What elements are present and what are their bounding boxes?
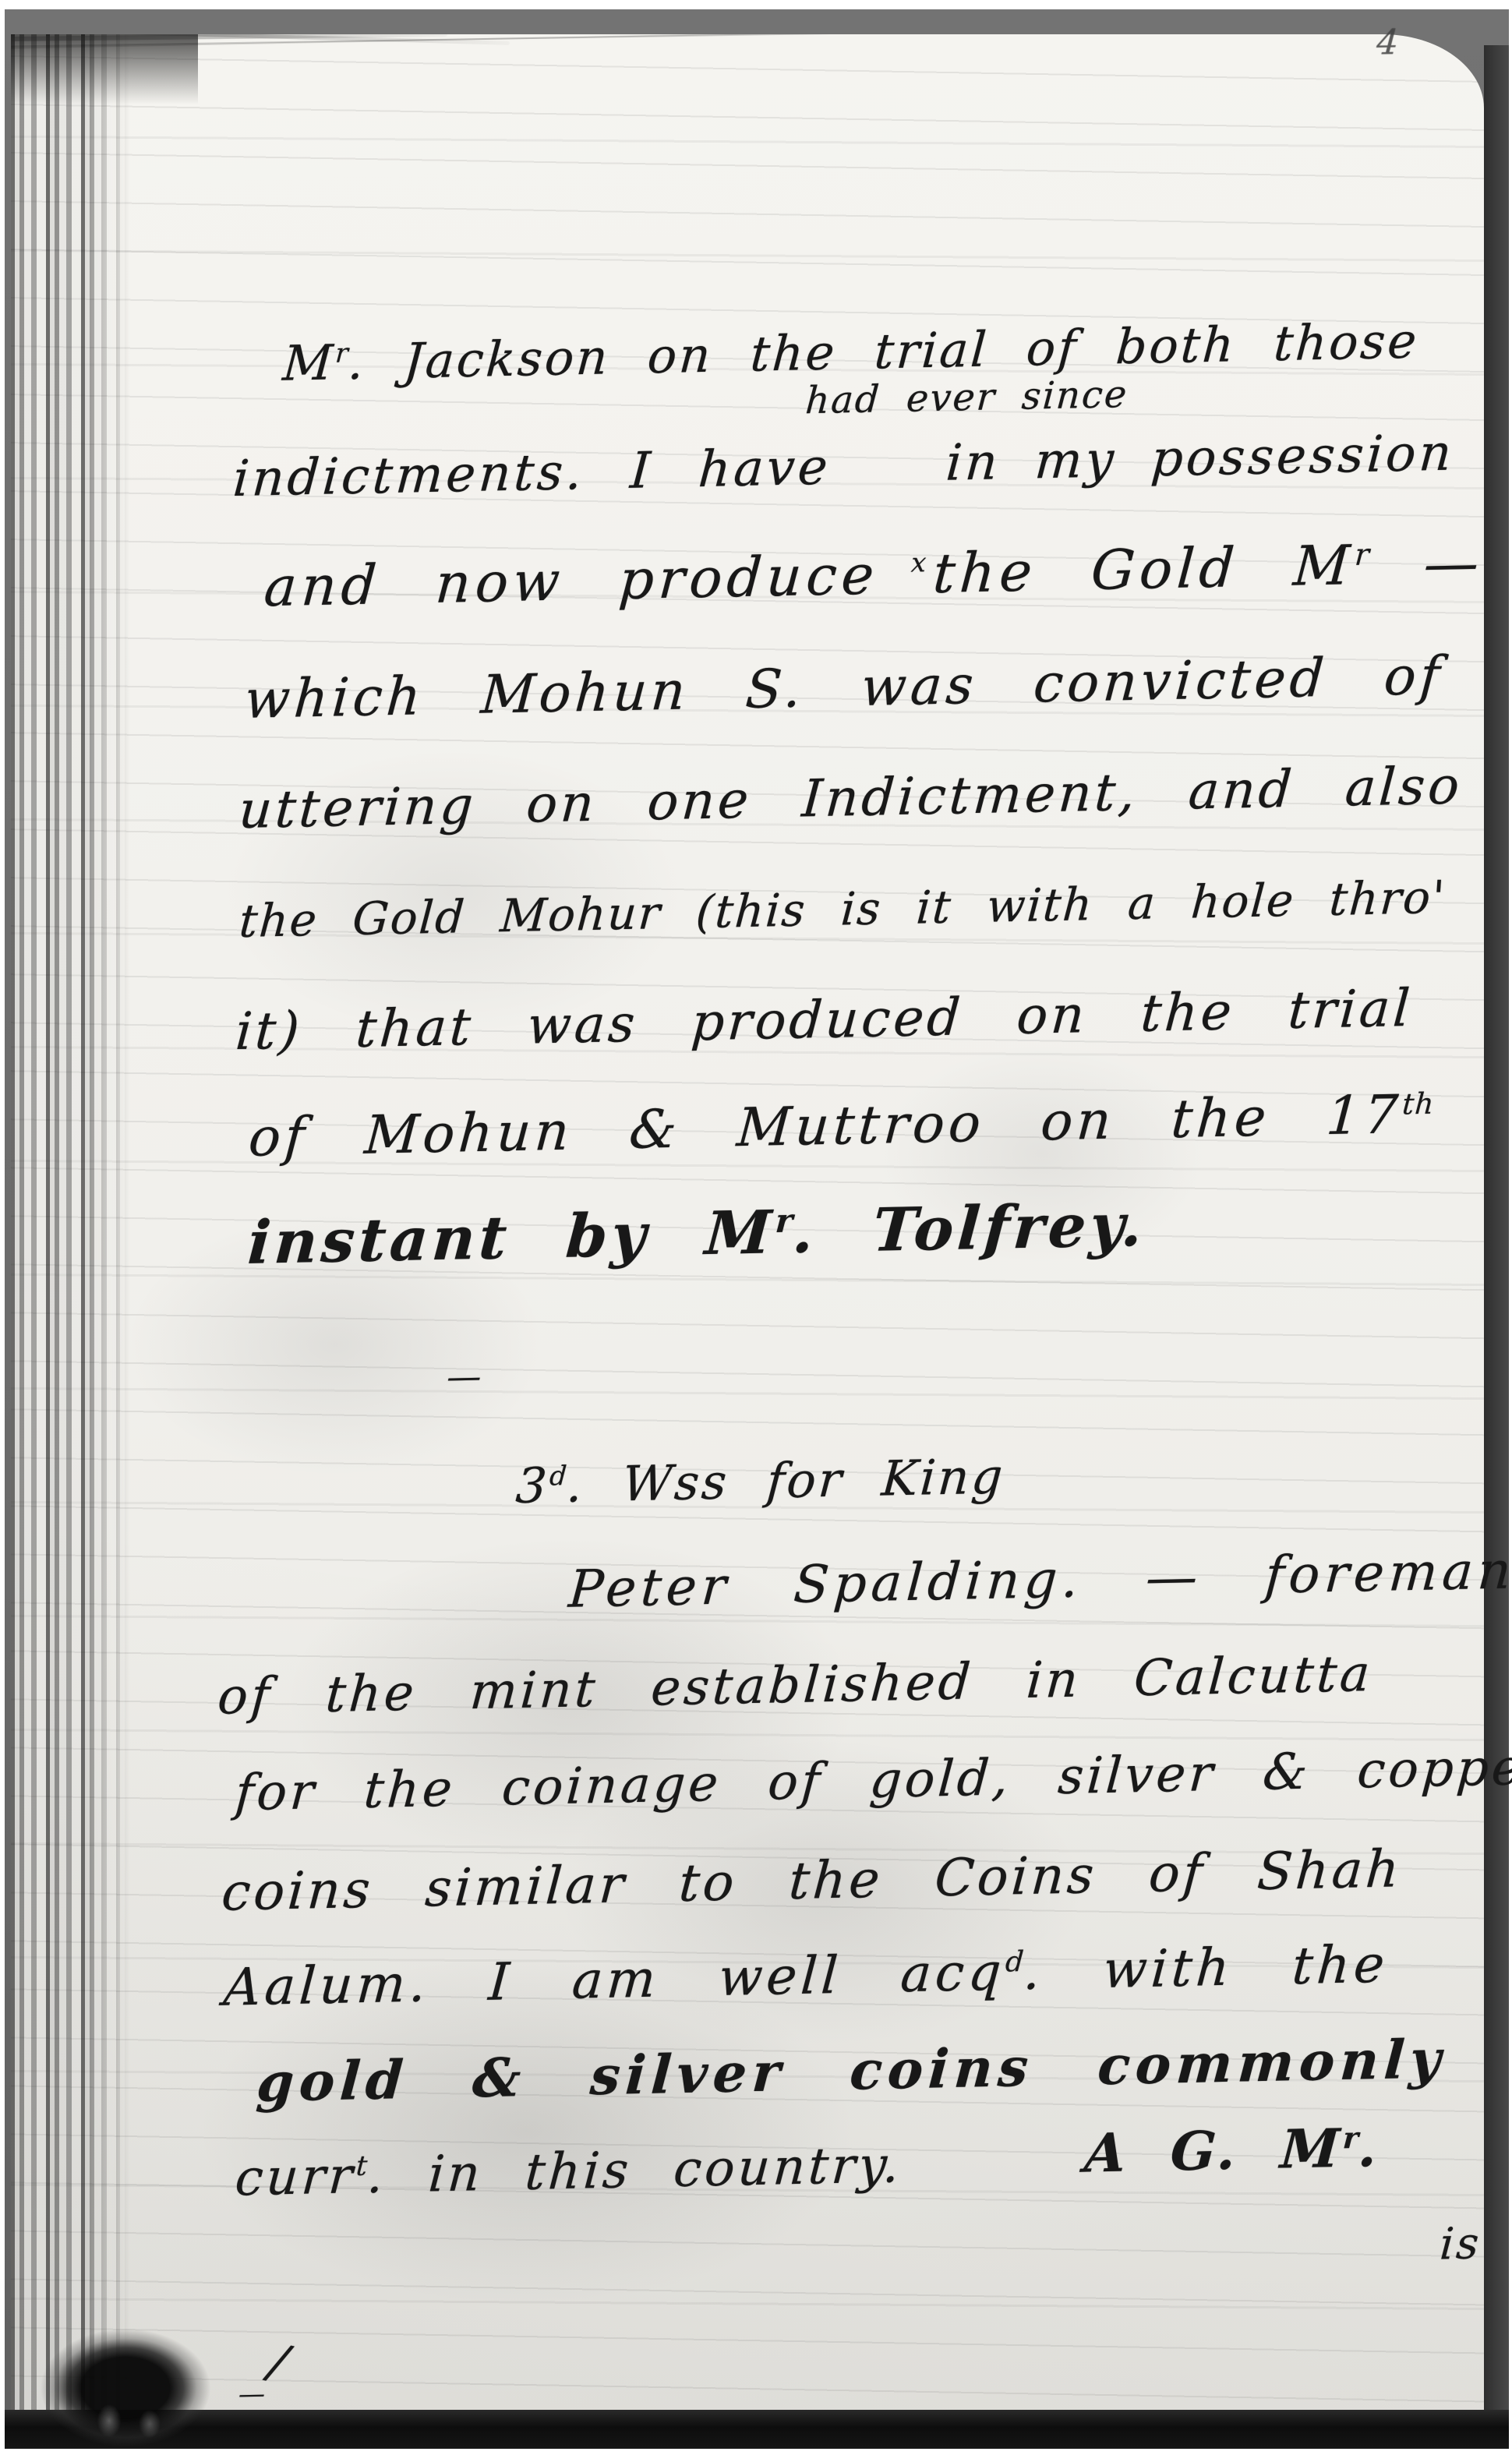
- manuscript-line-5: uttering on one Indictment, and also: [238, 760, 1464, 836]
- manuscript-line-1: Mr. Jackson on the trial of both those: [281, 316, 1420, 387]
- manuscript-line-16: gold & silver coins commonly: [255, 2033, 1447, 2110]
- manuscript-line-8: of Mohun & Muttroo on the 17th: [247, 1088, 1436, 1165]
- manuscript-line-4: which Mohun S. was convicted of: [243, 650, 1446, 727]
- manuscript-line-17a: currt. in this country.: [234, 2140, 904, 2203]
- manuscript-line-12: of the mint established in Calcutta: [216, 1649, 1374, 1722]
- catchword: is: [1439, 2222, 1482, 2266]
- manuscript-line-13: for the coinage of gold, silver & copper: [234, 1742, 1512, 1818]
- interlinear-insertion: had ever since: [804, 376, 1129, 419]
- bottom-slash-mark: /: [265, 2337, 294, 2388]
- manuscript-line-2a: indictments. I have: [231, 443, 832, 504]
- manuscript-line-7: it) that was produced on the trial: [234, 983, 1415, 1058]
- manuscript-line-11: Peter Spalding. — foreman: [567, 1545, 1512, 1615]
- manuscript-line-17b: A G. Mr.: [1083, 2121, 1382, 2181]
- manuscript-line-9: instant by Mr. Tolfrey.: [246, 1196, 1148, 1273]
- corner-pencil-mark: 4: [1376, 26, 1402, 61]
- manuscript-line-6: the Gold Mohur (this is it with a hole t…: [238, 874, 1447, 944]
- finger-shadow-blob: [41, 2329, 210, 2447]
- manuscript-line-2b: in my possession: [945, 429, 1456, 489]
- bottom-dash-mark: —: [238, 2381, 268, 2408]
- manuscript-line-15: Aalum. I am well acqd. with the: [222, 1939, 1390, 2014]
- manuscript-line-14: coins similar to the Coins of Shah: [220, 1843, 1404, 1918]
- witness-heading: 3d. Wss for King: [514, 1452, 1006, 1510]
- section-separator-dash: —: [446, 1360, 485, 1395]
- handwriting-layer: 4 Mr. Jackson on the trial of both those…: [0, 0, 1512, 2455]
- manuscript-line-3: and now produce the Gold Mr —: [263, 535, 1486, 615]
- scanned-page: 4 Mr. Jackson on the trial of both those…: [0, 0, 1512, 2455]
